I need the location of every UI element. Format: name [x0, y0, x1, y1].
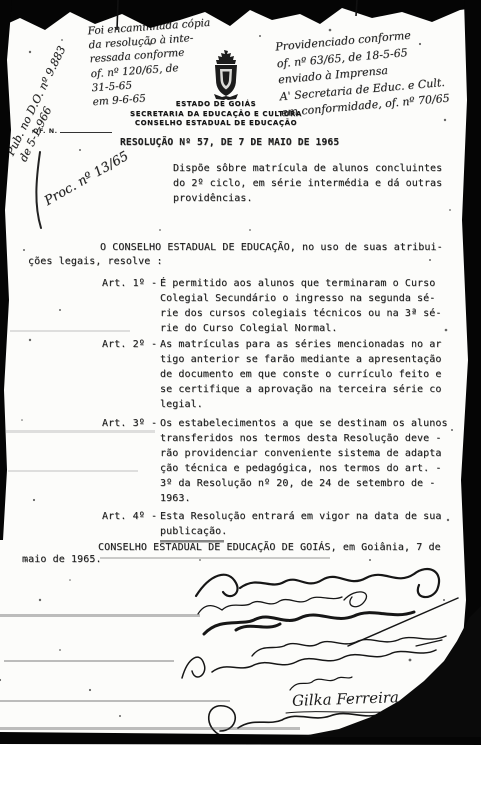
signature-2 — [198, 592, 367, 614]
scanned-document: Pub. no D.O. nº 9.883 de 5-1-966 Foi enc… — [0, 0, 481, 792]
signature-8 — [209, 706, 434, 736]
signature-1 — [196, 569, 439, 597]
signature-6 — [290, 677, 352, 690]
document-page: Pub. no D.O. nº 9.883 de 5-1-966 Foi enc… — [0, 0, 481, 744]
signatures-block — [0, 0, 481, 792]
